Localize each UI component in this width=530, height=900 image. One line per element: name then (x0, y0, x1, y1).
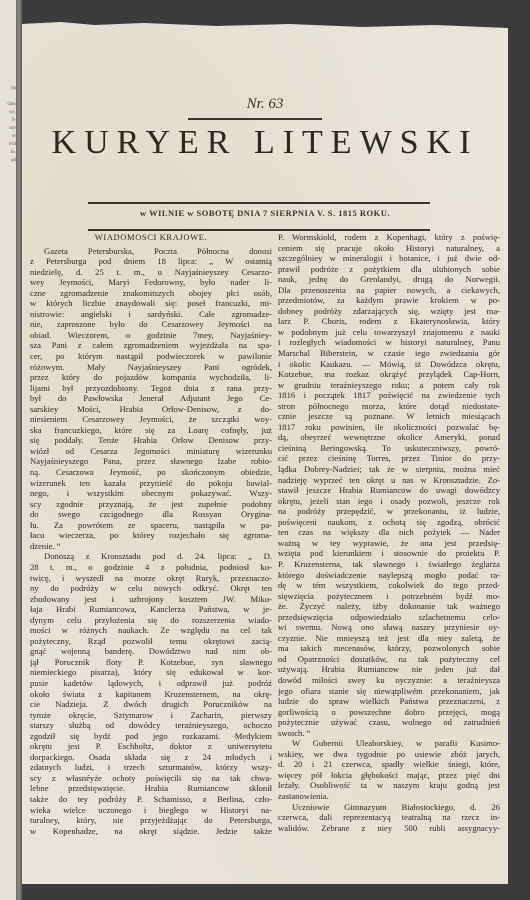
previous-page-fragment: ąd (0, 157, 16, 165)
text-line: przedmiotów, za każdym prawie krokiem w … (278, 295, 500, 306)
text-line: zgodził się bydź pod jego rozkazami. Med… (30, 731, 272, 742)
text-line: czyznie. Nie mnieyszą też jest dla niey … (278, 633, 500, 644)
text-line: wiózł od Cesarza Jegomości miniaturę wiz… (30, 446, 272, 457)
article-text: Gazeta Petersburska, Poczta Północna don… (30, 246, 272, 837)
text-line: lądka Dobrey-Nadziei; tak że w sierpniu,… (278, 464, 500, 475)
section-heading: WIADOMOSCI KRAJOWE. (30, 232, 272, 243)
text-line: stron północnego morza, które dotąd nied… (278, 401, 500, 412)
text-line: ten czas na większy dla nich pożytek — N… (278, 527, 500, 538)
text-line: dobney podróży zdarzających się, wzięty … (278, 306, 500, 317)
text-line: na podróży przepędzić, w przekonaniu, iż… (278, 506, 500, 517)
text-line: szczególniey w mineralogii i botanice, i… (278, 253, 500, 264)
text-line: niedzielę, d. 25 t. m., u Nayjaśnieyszey… (30, 267, 272, 278)
text-line: sięwzięcia pożytecznem i potrzebném bydź… (278, 591, 500, 602)
text-line: używają. Hrabia Rumiancow nie jeden już … (278, 664, 500, 675)
text-line: łaja Hrabi Rumiancowa, Kanclerza Państwa… (30, 604, 272, 615)
text-line: ludzie do spraw wielkich Państwa przezna… (278, 696, 500, 707)
text-line: 1816 i początek 1817 poświęcić na zwiedz… (278, 390, 500, 401)
text-line: zastanowienia. (278, 791, 500, 802)
right-column: P. Wormskiold, rodem z Kopenhagi, który … (278, 232, 500, 833)
text-line: cieśniną Beringowską. To uskuteczniwszy,… (278, 443, 500, 454)
text-line: w których liczbie znaydowali się: poseł … (30, 298, 272, 309)
text-line: okrętu jest P. Eschholtz, doktor z uniwe… (30, 741, 272, 752)
text-line: lebne przedsięwzięcie. Hrabia Rumiancow … (30, 783, 272, 794)
text-line: i rozległych wiadomości w historyi natur… (278, 337, 500, 348)
text-line: jego ofiara stanie się niewątpliwém prze… (278, 686, 500, 697)
text-line: czerwca, dali reprezentacyą teatralną na… (278, 812, 500, 823)
text-line: do swego czcigodnego dla Rossyan Orygina… (30, 509, 272, 520)
previous-page-text: up dałowy.li-oryerwidło.ąd (0, 85, 16, 205)
text-line: niesieniem Cesarzowey Jeymości, że szczą… (30, 414, 272, 425)
text-line: nistrowie: angielski i sardyński. Całe z… (30, 309, 272, 320)
previous-page-fragment (0, 197, 16, 205)
text-line: wizerunek ten kazała przynieść do pokoju… (30, 478, 272, 489)
text-line: swoich. “ (278, 728, 500, 739)
text-line: dowód miłości swey ku oyczyznie: a teraź… (278, 675, 500, 686)
text-line: wieka wielce uczonego i biegłego w Histo… (30, 805, 272, 816)
previous-page-fragment: wid (0, 141, 16, 149)
text-line: ną. Cesarzowa Jeymość, po skończonym obi… (30, 467, 272, 478)
issue-number: Nr. 63 (22, 96, 508, 113)
text-line: także do tey podróży P. Schamisso, z Ber… (30, 794, 272, 805)
text-line: larz P. Choris, rodem z Ekaterynosławia,… (278, 316, 500, 327)
previous-page-fragment (0, 165, 16, 173)
text-line: mości w różnych naukach. Ze względu na c… (30, 625, 272, 636)
text-line: gnąć wojenną banderę. Dowództwo nad nim … (30, 646, 272, 657)
text-line: tymże okręcie, Sztymarow i Zacharin, pie… (30, 710, 272, 721)
text-line: jął Porucznik floty P. Kotzebue, syn sła… (30, 657, 272, 668)
article-text: P. Wormskiold, rodem z Kopenhagi, który … (278, 232, 500, 833)
text-line: 28 t. m., o godzinie 4 z południa, podni… (30, 562, 272, 573)
text-line: W Gubernii Uleaborskiey, w parafii Kusim… (278, 738, 500, 749)
text-line: poświęceni naukom, z ochotą się zgodzą, … (278, 517, 500, 528)
text-line: około świata z kapitanem Kruzensternem, … (30, 689, 272, 700)
text-line: nie, zaproszone było do Cesarzowey Jeymo… (30, 319, 272, 330)
text-line: cer, po którym nastąpił podwieczorek w p… (30, 351, 272, 362)
divider (88, 202, 430, 204)
text-line: w podobnym już celu towarzyszył znajomem… (278, 327, 500, 338)
text-line: nadzieję wyprzeć ten okręt u nas w Krons… (278, 475, 500, 486)
text-line: od Opatrzności dostatków, na tak pożytec… (278, 654, 500, 665)
text-line: cznie jeszcze są poznane. W letnich mies… (278, 411, 500, 422)
text-line: cić przez cieśninę Torres, przez Tinior … (278, 453, 500, 464)
previous-page-fragment: ło. (0, 149, 16, 157)
text-line: gorliwością o powszechne dobro przejęci,… (278, 707, 500, 718)
previous-page-fragment: up (0, 85, 16, 93)
text-line: i okolic Kaukazu. — Mówią, iż Dowódzca o… (278, 359, 500, 370)
text-line: dorpackiego. Osada składa się z 24 młody… (30, 752, 272, 763)
previous-page-fragment (0, 173, 16, 181)
text-line: sarskiey Mości, Hrabia Orłow-Denisow, z … (30, 404, 272, 415)
text-line: scy zgodnie przyznają, że jest zupełnie … (30, 499, 272, 510)
text-line: leżały. Osobliwość ta w naszym kraju god… (278, 780, 500, 791)
text-line: wi swemu. Nową ono sławą naszey przynies… (278, 622, 500, 633)
text-line: w grudniu teraźnieyszego roku; a potem c… (278, 380, 500, 391)
text-line: nauk, jednę do Grenlandyi, drugą do Norw… (278, 274, 500, 285)
text-line: cie Nadzieja. Z dwóch drugich Porucznikó… (30, 699, 272, 710)
text-line: czne zgromadzenie znakomitszych obojey p… (30, 288, 272, 299)
text-line: Kotzebue, ma rozkaz okrążyć przylądek Ca… (278, 369, 500, 380)
text-line: Donoszą z Kronsztadu pod d. 24. lipca: „… (30, 551, 272, 562)
text-line: przedsięwzięcia odpowiedziało szlachetne… (278, 612, 500, 623)
previous-page-edge: up dałowy.li-oryerwidło.ąd (0, 0, 16, 900)
text-line: ska francuzkiego, które się za Loarę cof… (30, 425, 272, 436)
text-line: pusie kadetów lądowych, i odprawił już p… (30, 678, 272, 689)
text-line: wey Jeymości, Maryi Fedorowny, było nade… (30, 277, 272, 288)
text-line: którego doświadczenie naylepszą mogło po… (278, 570, 500, 581)
text-line: pożyteczny, Rząd pozwolił temu okrętowi … (30, 636, 272, 647)
dateline: w WILNIE w SOBOTĘ DNIA 7 SIERPNIA V. S. … (22, 208, 508, 218)
text-line: P. Kruzensterna, tak sławnego i światłeg… (278, 559, 500, 570)
text-line: więcey pół łokcia głębokości mając, prze… (278, 770, 500, 781)
text-line: że. Życzyć należy, iżby dokonanie tak wa… (278, 601, 500, 612)
previous-page-fragment: li- (0, 117, 16, 125)
text-line: dynym celu przyłożenia się do rozszerzen… (30, 615, 272, 626)
previous-page-fragment: er (0, 133, 16, 141)
newspaper-title: KURYER LITEWSKI (22, 124, 508, 162)
text-line: zdatnych ludzi, i trzech szturmanów, któ… (30, 762, 272, 773)
text-line: w Kopenhadze, na okręt siądzie. Jedzie t… (30, 826, 272, 837)
previous-page-fragment (0, 181, 16, 189)
text-line: Nayjaśnieyszego Pana, przez sławnego Iza… (30, 456, 272, 467)
text-line: okrętu, jeżeli stan iego i osady pozwoli… (278, 496, 500, 507)
text-line: d. 20 i 21 czerwca, spadły wielkie śnieg… (278, 759, 500, 770)
book-binding (16, 0, 22, 900)
newspaper-page: Nr. 63 KURYER LITEWSKI w WILNIE w SOBOTĘ… (22, 22, 508, 884)
text-line: ny do podróży w celu nowych odkryć. Okrę… (30, 583, 272, 594)
text-line: łacu wieczerza, po którey rozjechało się… (30, 530, 272, 541)
text-line: różowym. Mały Nayjaśnieyszey Pani ogróde… (30, 362, 272, 373)
text-line: Dla przenoszenia na papier nowych, a cie… (278, 285, 500, 296)
text-line: sza Pani z całem zgromadzeniem wyjeżdżał… (30, 340, 272, 351)
text-line: ważną w tey wyprawie, że ona jest przeds… (278, 538, 500, 549)
text-line: obiad. Wieczorem, o godzinie 7mey, Nayja… (30, 330, 272, 341)
text-line: stawił jeszcze Hrabia Rumiancow do uwagi… (278, 485, 500, 496)
text-line: Gazeta Petersburska, Poczta Północna don… (30, 246, 272, 257)
text-line: się poddały. Tenże Hrabia Orłow Denisow … (30, 435, 272, 446)
text-line: ceniem się pracuje około Historyi natura… (278, 243, 500, 254)
text-line: twicę, i wyszedł na morze okręt Ruryk, p… (30, 573, 272, 584)
previous-page-fragment (0, 93, 16, 101)
left-column: WIADOMOSCI KRAJOWE. Gazeta Petersburska,… (30, 232, 272, 836)
text-line: scy z własnéyże ochoty poświęcili się na… (30, 773, 272, 784)
text-line: łu. Za powrótem ze spaceru, nastąpiła w … (30, 520, 272, 531)
text-line: P. Wormskiold, rodem z Kopenhagi, który … (278, 232, 500, 243)
text-line: starszy służbą od dowódcy teraźnieyszego… (30, 720, 272, 731)
text-line: dzenie. “ (30, 541, 272, 552)
text-line: pożytecznie używać czasu, wolnego od zat… (278, 717, 500, 728)
text-line: był do Pawłowska Jenerał Adjutant Jego C… (30, 393, 272, 404)
text-line: dę w tém wszystkiem, cokolwiek do tego p… (278, 580, 500, 591)
divider (188, 118, 322, 120)
text-line: 1817 roku powinien, ile okoliczności poz… (278, 422, 500, 433)
text-line: prawił podróże z pożytkiem dla ulubionyc… (278, 264, 500, 275)
text-line: wzięta pod kierunkiem i stosownie do pro… (278, 548, 500, 559)
divider (88, 229, 430, 231)
text-line: Marschal Biberstein, w czasie iego zwied… (278, 348, 500, 359)
text-line: dą, obeyrzeć wewnętrzne okolice Ameryki,… (278, 432, 500, 443)
text-line: nego, i wszystkim obecnym pokazywać. Wsz… (30, 488, 272, 499)
previous-page-fragment: dało (0, 101, 16, 109)
text-line: walidów. Zebrane z niey 500 rubli assygn… (278, 823, 500, 834)
text-line: lijami był przyozdobiony. Tegoż dnia z r… (30, 383, 272, 394)
text-line: niemieckiego pisarza), który się edukowa… (30, 667, 272, 678)
previous-page-fragment: wy. (0, 109, 16, 117)
text-line: z Petersburga pod dniem 18 lipca: „ W os… (30, 256, 272, 267)
text-line: przez który do pojazdów kompania wychodz… (30, 372, 272, 383)
text-line: Uczniowie Gimnazyum Białostockiego, d. 2… (278, 802, 500, 813)
text-line: ma takich mecenasów, którzy, pozwolonych… (278, 643, 500, 654)
previous-page-fragment (0, 189, 16, 197)
text-line: turalney, który, nie przyjeżdżając do Pe… (30, 815, 272, 826)
previous-page-fragment: ory (0, 125, 16, 133)
text-line: zbudowany jest i uzbrojony kosztem JW. M… (30, 594, 272, 605)
text-line: wskiey, we dwa tygodnie po usiewie zbóż … (278, 749, 500, 760)
